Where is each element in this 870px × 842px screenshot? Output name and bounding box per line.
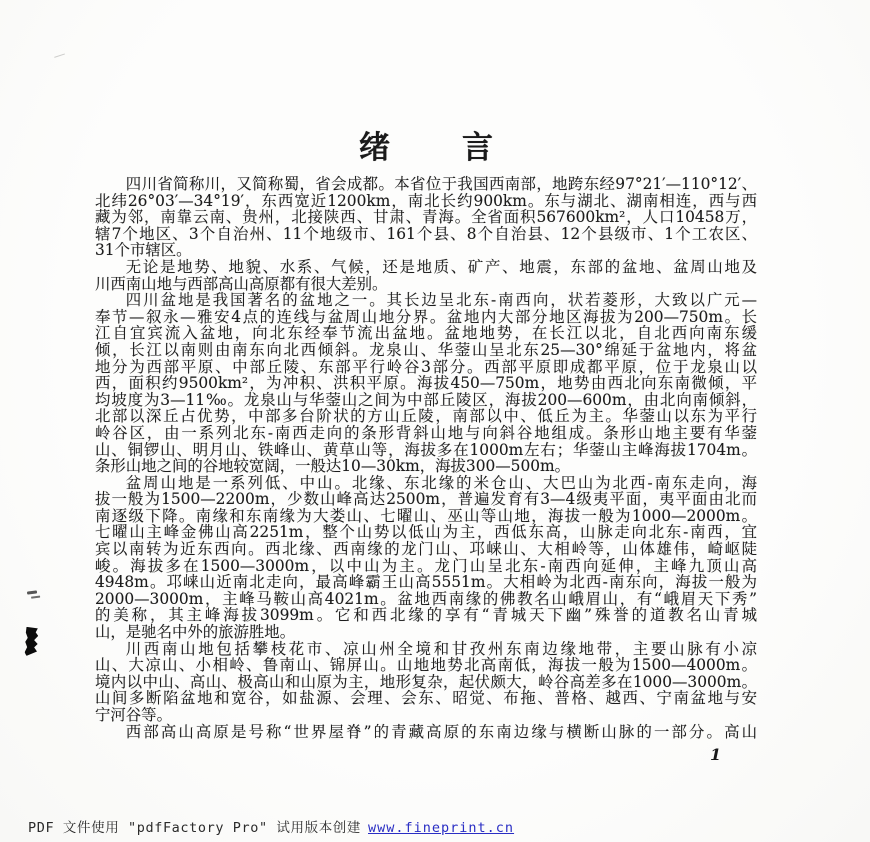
scan-artifact-corner-mark <box>54 53 67 63</box>
text-line: 北部以深丘占优势，中部多台阶状的方山丘陵，南部以中、低丘为主。华蓥山以东为平行 <box>95 408 757 425</box>
text-line: 岭谷区，由一系列北东-南西走向的条形背斜山地与向斜谷地组成。条形山地主要有华蓥 <box>95 425 757 442</box>
scan-artifact-dash <box>27 590 37 594</box>
page-title-char: 绪 <box>359 131 390 165</box>
scanned-page: 绪 言 四川省简称川，又简称蜀，省会成都。本省位于我国西南部，地跨东经97°21… <box>0 0 870 842</box>
text-line: 西，面积约9500km²，为冲积、洪积平原。海拔450—750m，地势由西北向东… <box>95 375 757 392</box>
fineprint-link[interactable]: www.fineprint.cn <box>368 820 514 836</box>
text-line: 辖7个地区、3个自治州、11个地级市、161个县、8个自治县、12个县级市、1个… <box>95 226 757 243</box>
text-line: 境内以中山、高山、极高山和山原为主，地形复杂，起伏颇大，岭谷高差多在1000—3… <box>95 674 757 691</box>
text-line: 四川省简称川，又简称蜀，省会成都。本省位于我国西南部，地跨东经97°21′—11… <box>95 176 757 193</box>
text-line: 均坡度为3—11‰。龙泉山与华蓥山之间为中部丘陵区，海拔200—600m，由北向… <box>95 392 757 409</box>
text-line: 4948m。邛崃山近南北走向，最高峰霸王山高5551m。大相岭为北西-南东向，海… <box>95 574 757 591</box>
text-line: 盆周山地是一系列低、中山。北缘、东北缘的米仓山、大巴山为北西-南东走向，海 <box>95 475 757 492</box>
text-line: 江自宜宾流入盆地，向北东经奉节流出盆地。盆地地势，在长江以北，自北西向南东缓 <box>95 325 757 342</box>
text-line: 倾，长江以南则由南东向北西倾斜。龙泉山、华蓥山呈北东25—30°绵延于盆地内，将… <box>95 342 757 359</box>
text-line: 山间多断陷盆地和宽谷，如盐源、会理、会东、昭觉、布拖、普格、越西、宁南盆地与安 <box>95 690 757 707</box>
watermark-text: PDF 文件使用 "pdfFactory Pro" 试用版本创建 <box>28 820 361 836</box>
pdf-watermark-footer: PDF 文件使用 "pdfFactory Pro" 试用版本创建www.fine… <box>28 816 514 836</box>
text-line: 川西南山地与西部高山高原都有很大差别。 <box>95 276 757 293</box>
body-text: 四川省简称川，又简称蜀，省会成都。本省位于我国西南部，地跨东经97°21′—11… <box>95 176 757 740</box>
text-line: 川西南山地包括攀枝花市、凉山州全境和甘孜州东南边缘地带，主要山脉有小凉 <box>95 641 757 658</box>
text-line: 31个市辖区。 <box>95 242 757 259</box>
text-line: 峻。海拔多在1500—3000m，以中山为主。龙门山呈北东-南西向延伸，主峰九顶… <box>95 558 757 575</box>
text-line: 条形山地之间的谷地较宽阔，一般达10—30km，海拔300—500m。 <box>95 458 757 475</box>
text-line: 南逐级下降。南缘和东南缘为大娄山、七曜山、巫山等山地，海拔一般为1000—200… <box>95 508 757 525</box>
text-line: 宾以南转为近东西向。西北缘、西南缘的龙门山、邛崃山、大相岭等，山体雄伟，崎岖陡 <box>95 541 757 558</box>
page-title: 绪 言 <box>95 131 757 165</box>
text-line: 无论是地势、地貌、水系、气候，还是地质、矿产、地震，东部的盆地、盆周山地及 <box>95 259 757 276</box>
text-line: 地分为西部平原、中部丘陵、东部平行岭谷3部分。西部平原即成都平原，位于龙泉山以 <box>95 359 757 376</box>
scan-artifact-blob <box>24 627 38 656</box>
text-line: 藏为邻，南靠云南、贵州，北接陕西、甘肃、青海。全省面积567600km²，人口1… <box>95 209 757 226</box>
text-line: 宁河谷等。 <box>95 707 757 724</box>
text-line: 七曜山主峰金佛山高2251m，整个山势以低山为主，西低东高，山脉走向北东-南西，… <box>95 524 757 541</box>
text-line: 西部高山高原是号称“世界屋脊”的青藏高原的东南边缘与横断山脉的一部分。高山 <box>95 724 757 741</box>
page-title-char: 言 <box>462 131 493 165</box>
text-line: 的美称，其主峰海拔3099m。它和西北缘的享有“青城天下幽”殊誉的道教名山青城 <box>95 607 757 624</box>
text-line: 山、大凉山、小相岭、鲁南山、锦屏山。山地地势北高南低，海拔一般为1500—400… <box>95 657 757 674</box>
text-line: 拔一般为1500—2200m，少数山峰高达2500m，普遍发育有3—4级夷平面，… <box>95 491 757 508</box>
text-line: 四川盆地是我国著名的盆地之一。其长边呈北东-南西向，状若菱形，大致以广元— <box>95 292 757 309</box>
page-number: 1 <box>710 745 721 764</box>
text-line: 2000—3000m，主峰马鞍山高4021m。盆地西南缘的佛教名山峨眉山，有“峨… <box>95 591 757 608</box>
text-line: 奉节—叙永—雅安4点的连线与盆周山地分界。盆地内大部分地区海拔为200—750m… <box>95 309 757 326</box>
text-line: 山，是驰名中外的旅游胜地。 <box>95 624 757 641</box>
text-line: 山、铜锣山、明月山、铁峰山、黄草山等，海拔多在1000m左右；华蓥山主峰海拔17… <box>95 442 757 459</box>
text-line: 北纬26°03′—34°19′，东西宽近1200km，南北长约900km。东与湖… <box>95 193 757 210</box>
